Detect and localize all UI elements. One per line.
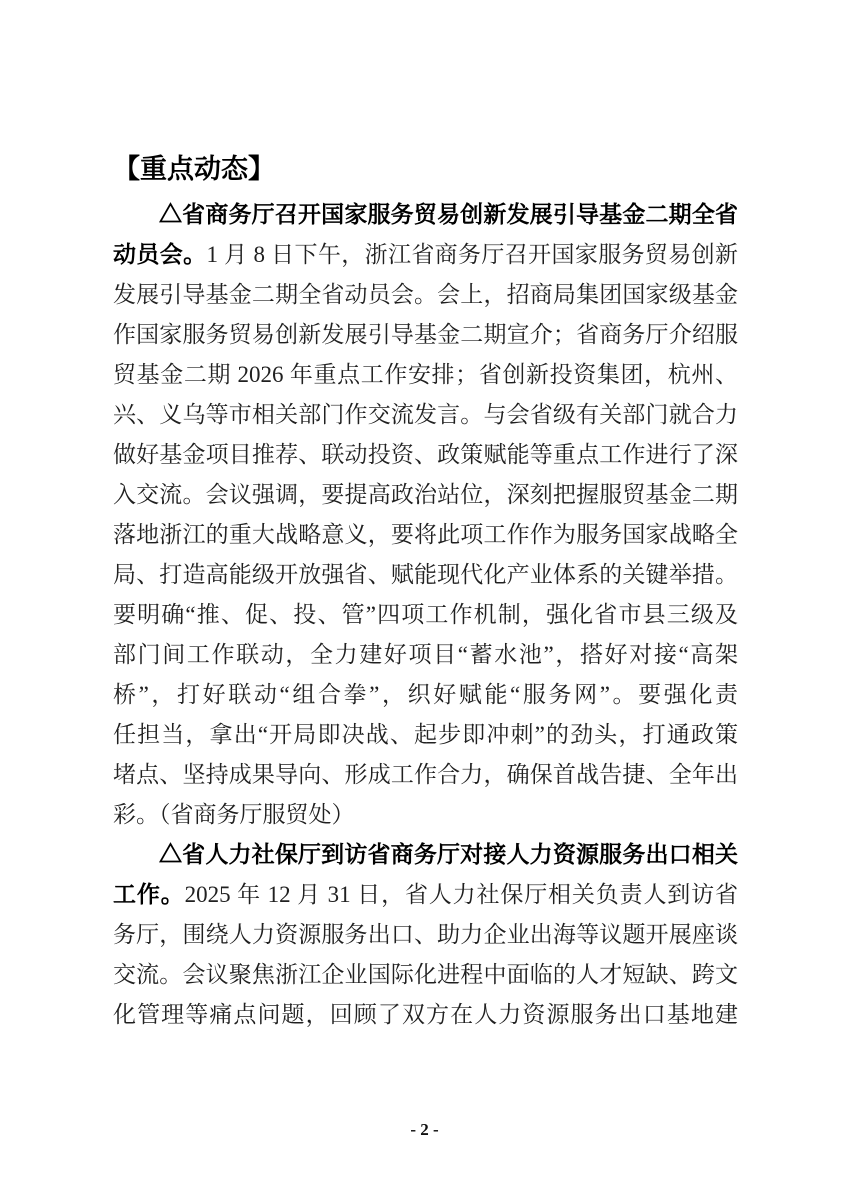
text-line: 落地浙江的重大战略意义，要将此项工作作为服务国家战略全 xyxy=(113,515,738,555)
paragraph: △省人力社保厅到访省商务厅对接人力资源服务出口相关工作。2025 年 12 月 … xyxy=(113,835,738,1035)
text-line: 工作。2025 年 12 月 31 日，省人力社保厅相关负责人到访省商 xyxy=(113,875,738,915)
body-text: 1 月 8 日下午，浙江省商务厅召开国家服务贸易创新 xyxy=(206,242,738,267)
document-page: 【重点动态】 △省商务厅召开国家服务贸易创新发展引导基金二期全省动员会。1 月 … xyxy=(0,0,849,1200)
section-heading: 【重点动态】 xyxy=(113,150,738,188)
text-line: △省人力社保厅到访省商务厅对接人力资源服务出口相关 xyxy=(113,835,738,875)
body-text: 务厅，围绕人力资源服务出口、助力企业出海等议题开展座谈 xyxy=(113,922,738,947)
body-text: 局、打造高能级开放强省、赋能现代化产业体系的关键举措。 xyxy=(113,562,738,587)
text-line: 桥”，打好联动“组合拳”，织好赋能“服务网”。要强化责 xyxy=(113,675,738,715)
text-line: 入交流。会议强调，要提高政治站位，深刻把握服贸基金二期 xyxy=(113,475,738,515)
text-line: 化管理等痛点问题，回顾了双方在人力资源服务出口基地建 xyxy=(113,995,738,1035)
emphasis-text: 工作。 xyxy=(113,882,185,907)
body-text: 入交流。会议强调，要提高政治站位，深刻把握服贸基金二期 xyxy=(113,482,738,507)
text-line: 彩。（省商务厅服贸处） xyxy=(113,795,738,835)
document-body: 【重点动态】 △省商务厅召开国家服务贸易创新发展引导基金二期全省动员会。1 月 … xyxy=(113,150,738,1035)
text-line: 贸基金二期 2026 年重点工作安排；省创新投资集团，杭州、嘉 xyxy=(113,355,738,395)
body-text: 落地浙江的重大战略意义，要将此项工作作为服务国家战略全 xyxy=(113,522,738,547)
emphasis-text: 动员会。 xyxy=(113,242,206,267)
emphasis-text: △省商务厅召开国家服务贸易创新发展引导基金二期全省 xyxy=(159,202,738,227)
body-text: 桥”，打好联动“组合拳”，织好赋能“服务网”。要强化责 xyxy=(113,682,738,707)
text-line: 要明确“推、促、投、管”四项工作机制，强化省市县三级及 xyxy=(113,595,738,635)
text-line: 作国家服务贸易创新发展引导基金二期宣介；省商务厅介绍服 xyxy=(113,315,738,355)
text-line: 局、打造高能级开放强省、赋能现代化产业体系的关键举措。 xyxy=(113,555,738,595)
text-line: 交流。会议聚焦浙江企业国际化进程中面临的人才短缺、跨文 xyxy=(113,955,738,995)
text-line: 做好基金项目推荐、联动投资、政策赋能等重点工作进行了深 xyxy=(113,435,738,475)
paragraphs-container: △省商务厅召开国家服务贸易创新发展引导基金二期全省动员会。1 月 8 日下午，浙… xyxy=(113,195,738,1035)
text-line: 兴、义乌等市相关部门作交流发言。与会省级有关部门就合力 xyxy=(113,395,738,435)
text-line: 任担当，拿出“开局即决战、起步即冲刺”的劲头，打通政策 xyxy=(113,715,738,755)
body-text: 做好基金项目推荐、联动投资、政策赋能等重点工作进行了深 xyxy=(113,442,738,467)
text-line: 务厅，围绕人力资源服务出口、助力企业出海等议题开展座谈 xyxy=(113,915,738,955)
body-text: 彩。（省商务厅服贸处） xyxy=(113,802,355,827)
text-line: △省商务厅召开国家服务贸易创新发展引导基金二期全省 xyxy=(113,195,738,235)
emphasis-text: △省人力社保厅到访省商务厅对接人力资源服务出口相关 xyxy=(159,842,738,867)
body-text: 交流。会议聚焦浙江企业国际化进程中面临的人才短缺、跨文 xyxy=(113,962,738,987)
body-text: 化管理等痛点问题，回顾了双方在人力资源服务出口基地建 xyxy=(113,1002,738,1027)
text-line: 动员会。1 月 8 日下午，浙江省商务厅召开国家服务贸易创新 xyxy=(113,235,738,275)
body-text: 堵点、坚持成果导向、形成工作合力，确保首战告捷、全年出 xyxy=(113,762,738,787)
text-line: 发展引导基金二期全省动员会。会上，招商局集团国家级基金 xyxy=(113,275,738,315)
body-text: 贸基金二期 2026 年重点工作安排；省创新投资集团，杭州、嘉 xyxy=(113,362,738,395)
page-number: - 2 - xyxy=(0,1118,849,1142)
text-line: 堵点、坚持成果导向、形成工作合力，确保首战告捷、全年出 xyxy=(113,755,738,795)
body-text: 作国家服务贸易创新发展引导基金二期宣介；省商务厅介绍服 xyxy=(113,322,738,347)
body-text: 2025 年 12 月 31 日，省人力社保厅相关负责人到访省商 xyxy=(113,882,738,915)
body-text: 兴、义乌等市相关部门作交流发言。与会省级有关部门就合力 xyxy=(113,402,738,427)
paragraph: △省商务厅召开国家服务贸易创新发展引导基金二期全省动员会。1 月 8 日下午，浙… xyxy=(113,195,738,835)
body-text: 部门间工作联动，全力建好项目“蓄水池”，搭好对接“高架 xyxy=(113,642,738,667)
body-text: 发展引导基金二期全省动员会。会上，招商局集团国家级基金 xyxy=(113,282,738,307)
body-text: 任担当，拿出“开局即决战、起步即冲刺”的劲头，打通政策 xyxy=(113,722,738,747)
body-text: 要明确“推、促、投、管”四项工作机制，强化省市县三级及 xyxy=(113,602,738,627)
text-line: 部门间工作联动，全力建好项目“蓄水池”，搭好对接“高架 xyxy=(113,635,738,675)
